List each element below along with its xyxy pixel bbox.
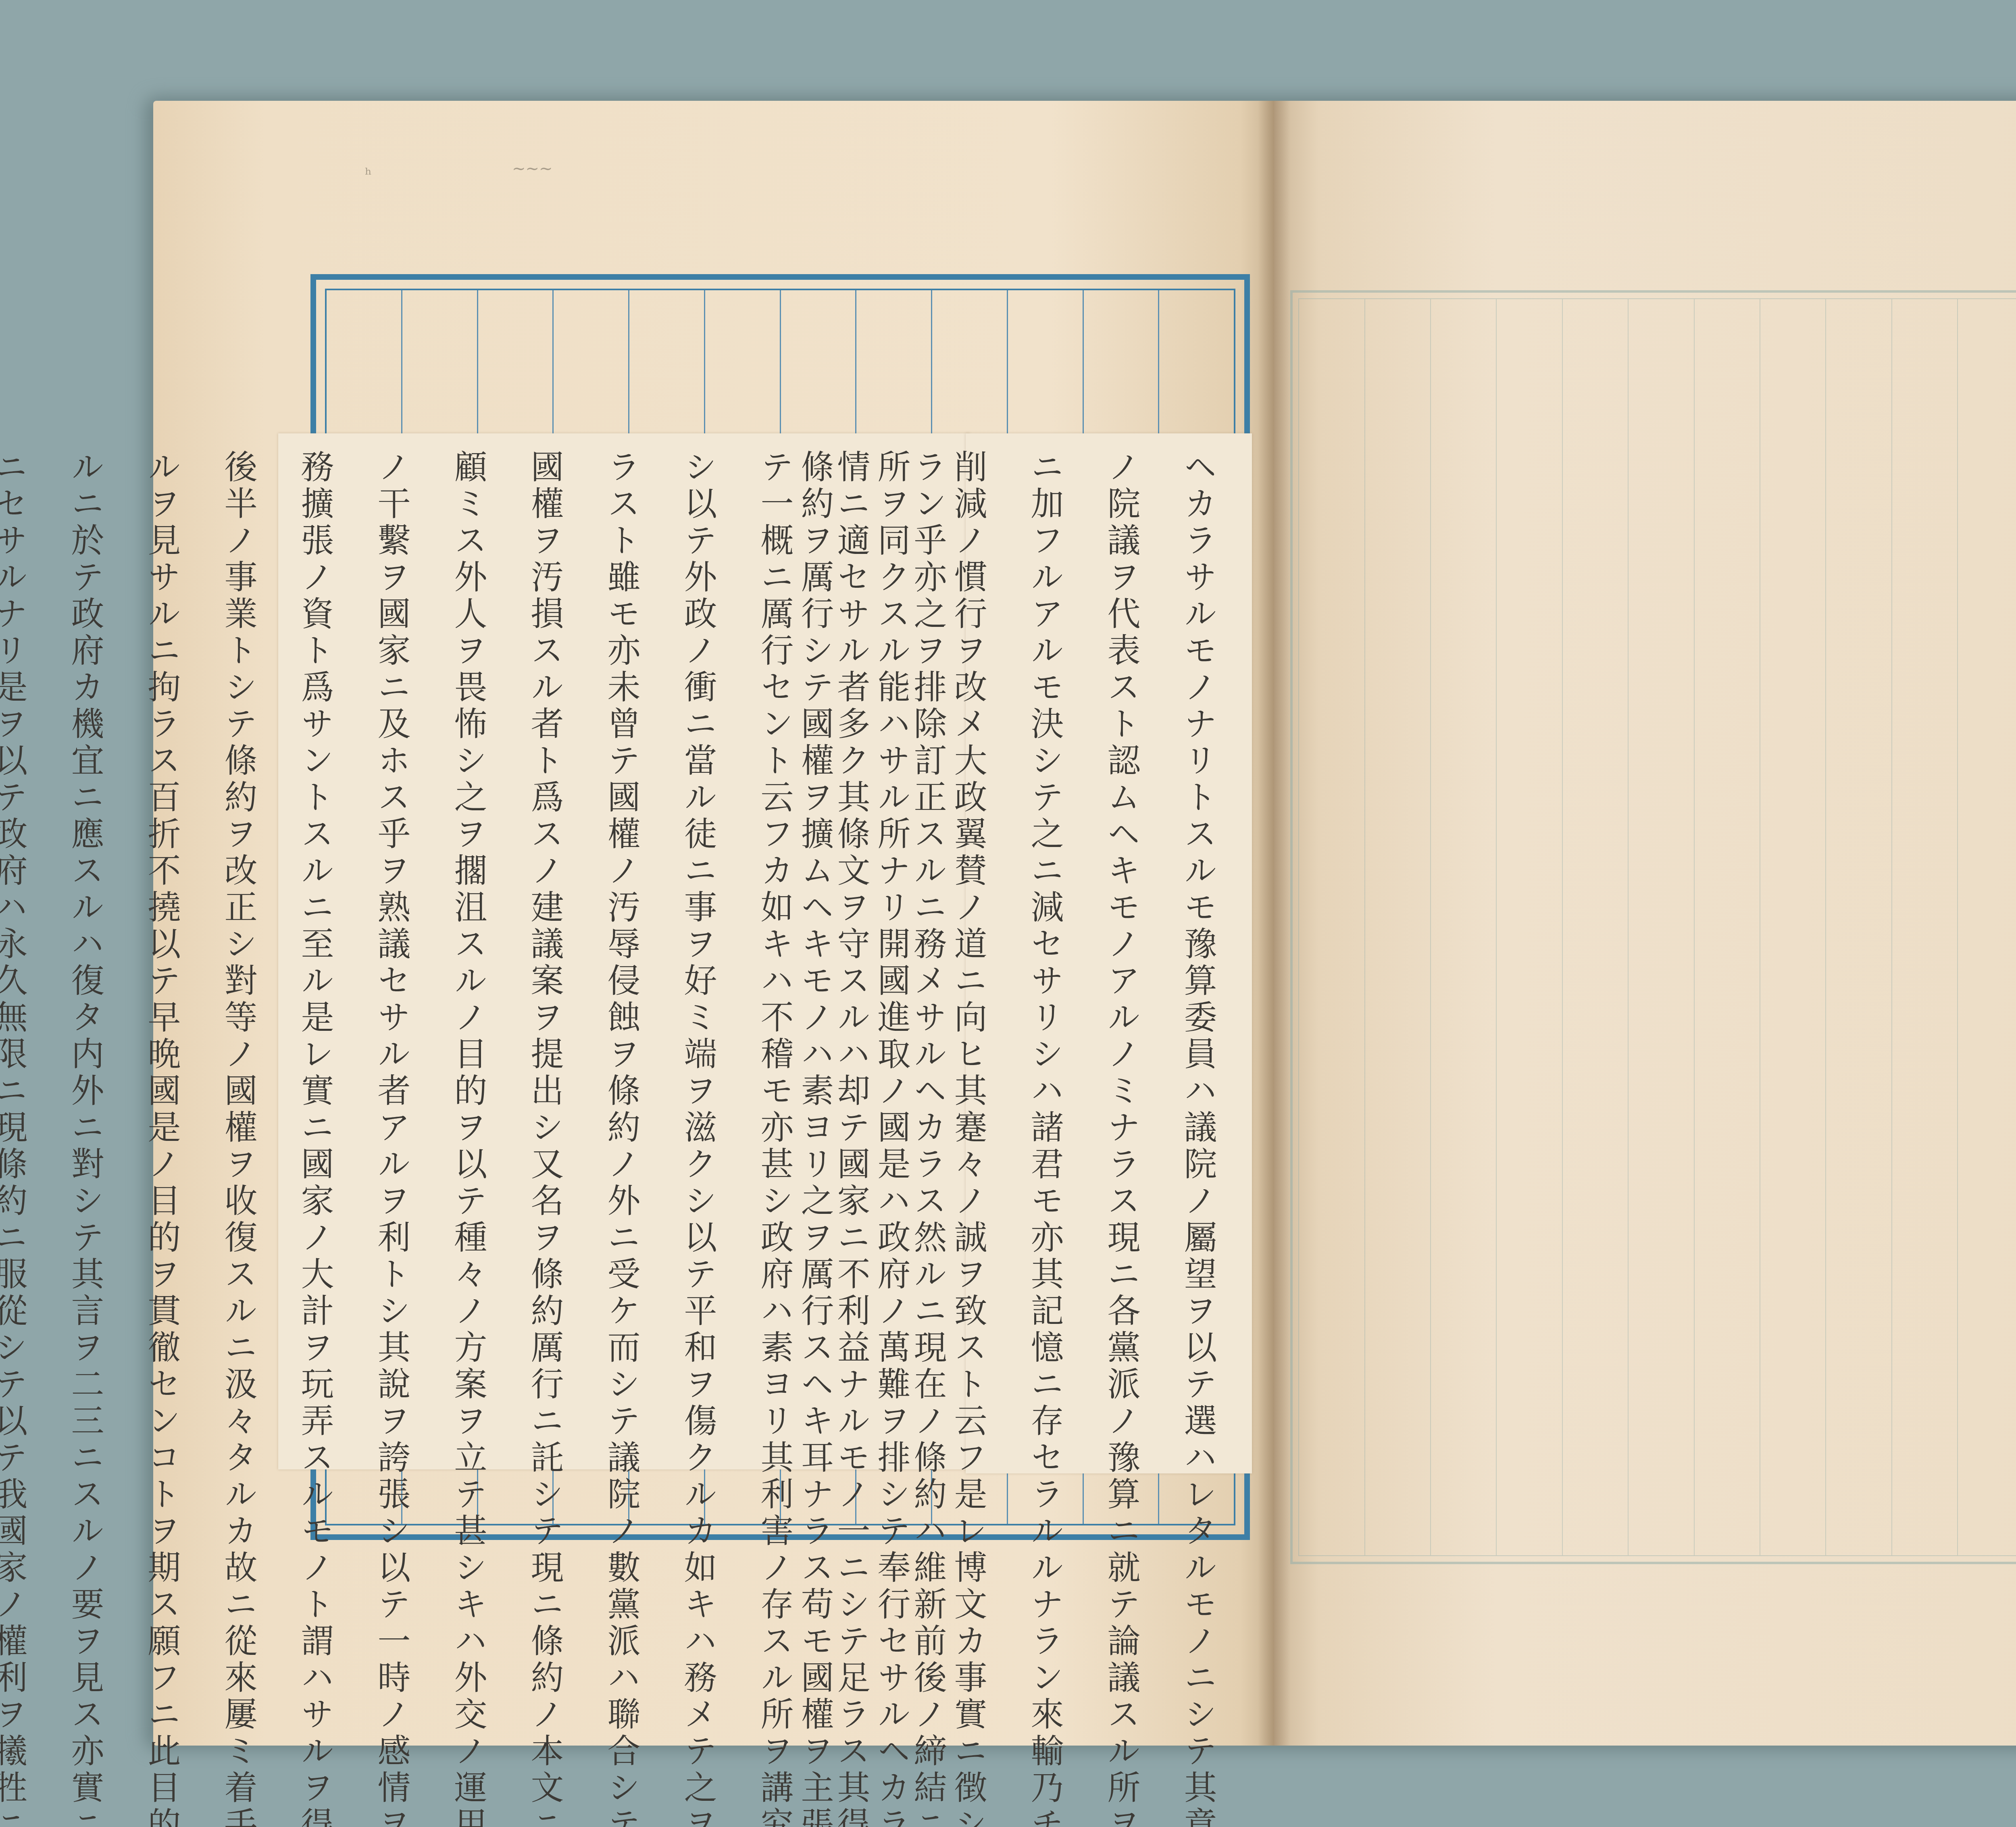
text-line: 後半ノ事業トシテ條約ヲ改正シ對等ノ國權ヲ收復スルニ汲々タルカ故ニ從來屢ミ着手シテ… (200, 449, 276, 1461)
pencil-mark: ʰ (365, 165, 372, 184)
text-line: ニセサルナリ是ヲ以テ政府ハ永久無限ニ現條約ニ服從シテ以テ我國家ノ權利ヲ犧牲ニスル… (0, 449, 46, 1461)
text-line: ラスト雖モ亦未曾テ國權ノ汚辱侵蝕ヲ條約ノ外ニ受ケ而シテ議院ノ數黨派ハ聯合シテ政府… (583, 449, 659, 1461)
text-line: 國權ヲ汚損スル者ト爲スノ建議案ヲ提出シ又名ヲ條約厲行ニ託シテ現ニ條約ノ本文ニ牴觸… (506, 449, 583, 1461)
text-line: 顧ミス外人ヲ畏怖シ之ヲ擱沮スルノ目的ヲ以テ種々ノ方案ヲ立テ甚シキハ外交ノ運用カ如… (429, 449, 506, 1461)
text-line: ルヲ見サルニ拘ラス百折不撓以テ早晩國是ノ目的ヲ貫徹センコトヲ期ス願フニ此目的ノ一… (123, 449, 200, 1461)
text-line: ヘカラサルモノナリトスルモ豫算委員ハ議院ノ屬望ヲ以テ選ハレタルモノニシテ其意見ハ… (1159, 449, 1236, 1465)
pasted-clipping-right: ヘカラサルモノナリトスルモ豫算委員ハ議院ノ屬望ヲ以テ選ハレタルモノニシテ其意見ハ… (966, 433, 1252, 1473)
text-line: 削減ノ慣行ヲ改メ大政翼賛ノ道ニ向ヒ其蹇々ノ誠ヲ致スト云フ是レ博文カ事實ニ徴シテ諸… (929, 449, 1006, 1465)
text-line: ノ院議ヲ代表スト認ムヘキモノアルノミナラス現ニ各黨派ノ豫算ニ就テ論議スル所ヲ聞ク… (1083, 449, 1159, 1465)
text-line: 務擴張ノ資ト爲サントスルニ至ル是レ實ニ國家ノ大計ヲ玩弄スルモノト謂ハサルヲ得ス政… (276, 449, 353, 1461)
text-line: 所ヲ同クスル能ハサル所ナリ開國進取ノ國是ハ政府ノ萬難ヲ排シテ奉行セサルヘカラサル… (853, 449, 929, 1465)
text-line: ノ干繫ヲ國家ニ及ホス乎ヲ熟議セサル者アルヲ利トシ其說ヲ誇張シ以テ一時ノ感情ヲ動カ… (353, 449, 429, 1461)
book-gutter (1258, 101, 1290, 1746)
pencil-mark: ~~~ (512, 159, 553, 178)
text-line: シ以テ外政ノ衝ニ當ル徒ニ事ヲ好ミ端ヲ滋クシ以テ平和ヲ傷クルカ如キハ務メテ之ヲ避ケ… (659, 449, 736, 1461)
text-line: ルニ於テ政府カ機宜ニ應スルハ復タ内外ニ對シテ其言ヲ二三ニスルノ要ヲ見ス亦實ニ眘テ… (46, 449, 123, 1461)
right-ruled-frame (1290, 290, 2016, 1564)
text-line: 條約ヲ厲行シテ國權ヲ擴ムヘキモノハ素ヨリ之ヲ厲行スヘキ耳ナラス苟モ國權ヲ主張スル… (776, 449, 853, 1465)
clipping-text: ヘカラサルモノナリトスルモ豫算委員ハ議院ノ屬望ヲ以テ選ハレタルモノニシテ其意見ハ… (776, 449, 1236, 1465)
text-line: ニ加フルアルモ決シテ之ニ減セサリシハ諸君モ亦其記憶ニ存セラルルナラン來輸乃チ衆議… (1006, 449, 1083, 1465)
